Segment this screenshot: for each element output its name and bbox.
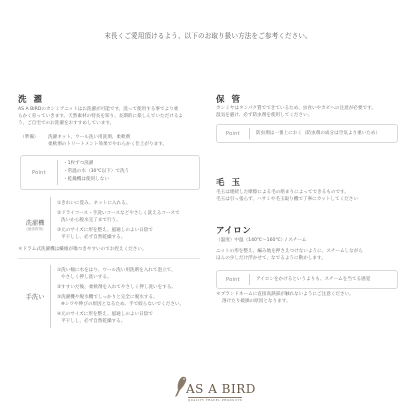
iron-note: ＊ブランドネームに直接高熱部が触れないようにご注意ください。 溶けたり破損の原因… bbox=[216, 291, 411, 305]
point-divider bbox=[57, 160, 58, 185]
hand-step: ④元のサイズに形を整え、風通しのよい日陰で 平干しし、必ず自然乾燥する。 bbox=[57, 311, 207, 325]
machine-label: 洗濯機 bbox=[15, 218, 55, 227]
point-label: Point bbox=[226, 131, 240, 137]
hand-label: 手洗い bbox=[15, 292, 55, 301]
machine-sub-label: (縮絨推奨) bbox=[15, 227, 55, 232]
washing-desc: AS A BIRDのカシミアニットはお洗濯が可能です。洗って使用する事でより柔 … bbox=[18, 106, 208, 128]
machine-step: ③元のサイズに形を整え、風通しのよい日陰で 平干しし、必ず自然乾燥する。 bbox=[57, 227, 207, 241]
iron-temp: （温度）中温（140℃〜160℃）/ スチーム bbox=[216, 237, 307, 244]
iron-title: アイロン bbox=[216, 224, 251, 236]
point-label: Point bbox=[226, 277, 240, 283]
hand-step: ①洗い桶に水をはり、ウール洗い用洗剤を入れて泡立て、 やさしく押し洗いする。 bbox=[57, 267, 207, 281]
step-line: ③洗濯機や脱水機でしっかりと完全に脱水する。 bbox=[57, 294, 207, 301]
point-divider bbox=[249, 274, 250, 285]
section-divider bbox=[18, 258, 200, 259]
step-line: ④元のサイズに形を整え、風通しのよい日陰で bbox=[57, 311, 207, 318]
storage-point-text: 防虫剤は一番上におく（防虫剤の成分は空気より重いため） bbox=[256, 130, 380, 137]
step-line: ③元のサイズに形を整え、風通しのよい日陰で bbox=[57, 227, 207, 234]
storage-desc-line: 湿気を避け、必ず防虫剤を使用してください。 bbox=[216, 112, 411, 119]
step-line: 洗いから脱水完了まで行う。 bbox=[57, 217, 207, 224]
washing-desc-line: AS A BIRDのカシミアニットはお洗濯が可能です。洗って使用する事でより柔 bbox=[18, 106, 208, 113]
step-line: 平干しし、必ず自然乾燥する。 bbox=[57, 234, 207, 241]
step-line: やさしく押し洗いする。 bbox=[57, 274, 207, 281]
pilling-desc-line: 毛玉は連続した摩擦による毛の絡まりによってできるものです。 bbox=[216, 189, 411, 196]
step-line: ②ドライコース・手洗いコースなどやさしく洗えるコースで bbox=[57, 210, 207, 217]
washing-point-box: Point ・1枚ずつ洗濯 ・常温の水（30℃以下）で洗う ・乾燥機は使用しない bbox=[20, 155, 200, 190]
step-line: ②すすいだ後、柔軟剤を入れてやさしく押し洗いをする。 bbox=[57, 284, 207, 291]
point-item: ・常温の水（30℃以下）で洗う bbox=[63, 168, 129, 176]
washing-title: 洗 濯 bbox=[18, 93, 44, 105]
storage-title: 保 管 bbox=[216, 93, 242, 105]
iron-desc-line: ほんの少しだけ浮かせて、なでるように動かします。 bbox=[216, 255, 411, 262]
prep-text: 洗濯ネット、ウール洗い用洗剤、柔軟剤 柔軟剤のトリートメント効果でやわらかく仕上… bbox=[48, 134, 208, 148]
iron-point-box: Point アイロンをかけるというよりも、スチームを当てる感覚 bbox=[216, 270, 398, 289]
hand-steps: ①洗い桶に水をはり、ウール洗い用洗剤を入れて泡立て、 やさしく押し洗いする。 ②… bbox=[57, 267, 207, 325]
point-items: ・1枚ずつ洗濯 ・常温の水（30℃以下）で洗う ・乾燥機は使用しない bbox=[63, 160, 129, 184]
point-item: ・1枚ずつ洗濯 bbox=[63, 160, 129, 168]
pilling-desc-line: 毛玉は引っ張らず、ハサミや毛玉取り機で丁寧にカットしてください bbox=[216, 196, 411, 203]
iron-desc-line: ニットの形を整え、編み地を押さえつけないように、スチームしながら bbox=[216, 248, 411, 255]
step-line: ①きれいに畳み、ネットに入れる。 bbox=[57, 200, 207, 207]
brand-logo: AS A BIRD QUALITY TRAVEL PRODUCTS bbox=[172, 372, 272, 402]
washing-desc-line: う、ご自宅でのお洗濯をおすすめしています。 bbox=[18, 120, 208, 127]
logo-tagline: QUALITY TRAVEL PRODUCTS bbox=[188, 397, 242, 402]
logo-name: AS A BIRD bbox=[186, 382, 256, 396]
storage-desc: カシミヤはタンパク質でできているため、虫食いやカビへの注意が必要です。 湿気を避… bbox=[216, 105, 411, 119]
step-line: ①洗い桶に水をはり、ウール洗い用洗剤を入れて泡立て、 bbox=[57, 267, 207, 274]
prep-line: 洗濯ネット、ウール洗い用洗剤、柔軟剤 bbox=[48, 134, 208, 141]
machine-steps: ①きれいに畳み、ネットに入れる。 ②ドライコース・手洗いコースなどやさしく洗える… bbox=[57, 200, 207, 241]
hand-step: ②すすいだ後、柔軟剤を入れてやさしく押し洗いをする。 bbox=[57, 284, 207, 291]
hand-vline bbox=[50, 265, 51, 328]
iron-note-line: ＊ブランドネームに直接高熱部が触れないようにご注意ください。 bbox=[216, 291, 411, 298]
step-line: 平干しし、必ず自然乾燥する。 bbox=[57, 318, 207, 325]
machine-vline bbox=[50, 197, 51, 241]
prep-line: 柔軟剤のトリートメント効果でやわらかく仕上がります。 bbox=[48, 141, 208, 148]
machine-note: ＊ドラム式洗濯機は繊維が傷つきやすいのでお控えください。 bbox=[18, 246, 147, 253]
iron-point-text: アイロンをかけるというよりも、スチームを当てる感覚 bbox=[256, 276, 370, 283]
iron-desc: ニットの形を整え、編み地を押さえつけないように、スチームしながら ほんの少しだけ… bbox=[216, 248, 411, 262]
point-divider bbox=[249, 128, 250, 139]
storage-desc-line: カシミヤはタンパク質でできているため、虫食いやカビへの注意が必要です。 bbox=[216, 105, 411, 112]
storage-point-box: Point 防虫剤は一番上におく（防虫剤の成分は空気より重いため） bbox=[216, 124, 398, 143]
point-item: ・乾燥機は使用しない bbox=[63, 176, 129, 184]
pilling-desc: 毛玉は連続した摩擦による毛の絡まりによってできるものです。 毛玉は引っ張らず、ハ… bbox=[216, 189, 411, 203]
prep-label: （準備） bbox=[20, 134, 38, 141]
intro-text: 末長くご愛用頂けるよう、以下のお取り扱い方法をご参考ください。 bbox=[0, 30, 416, 40]
step-line: ※シワや伸びの原因となるため、手で絞らないでください。 bbox=[57, 301, 207, 308]
machine-step: ①きれいに畳み、ネットに入れる。 bbox=[57, 200, 207, 207]
point-label: Point bbox=[32, 170, 46, 176]
hand-step: ③洗濯機や脱水機でしっかりと完全に脱水する。 ※シワや伸びの原因となるため、手で… bbox=[57, 294, 207, 308]
iron-note-line: 溶けたり破損の原因となります。 bbox=[216, 298, 411, 305]
washing-desc-line: らかく育っていきます。天然素材の特長を知り、長期的に楽しんでいただけるよ bbox=[18, 113, 208, 120]
machine-step: ②ドライコース・手洗いコースなどやさしく洗えるコースで 洗いから脱水完了まで行う… bbox=[57, 210, 207, 224]
pilling-title: 毛 玉 bbox=[216, 176, 242, 188]
